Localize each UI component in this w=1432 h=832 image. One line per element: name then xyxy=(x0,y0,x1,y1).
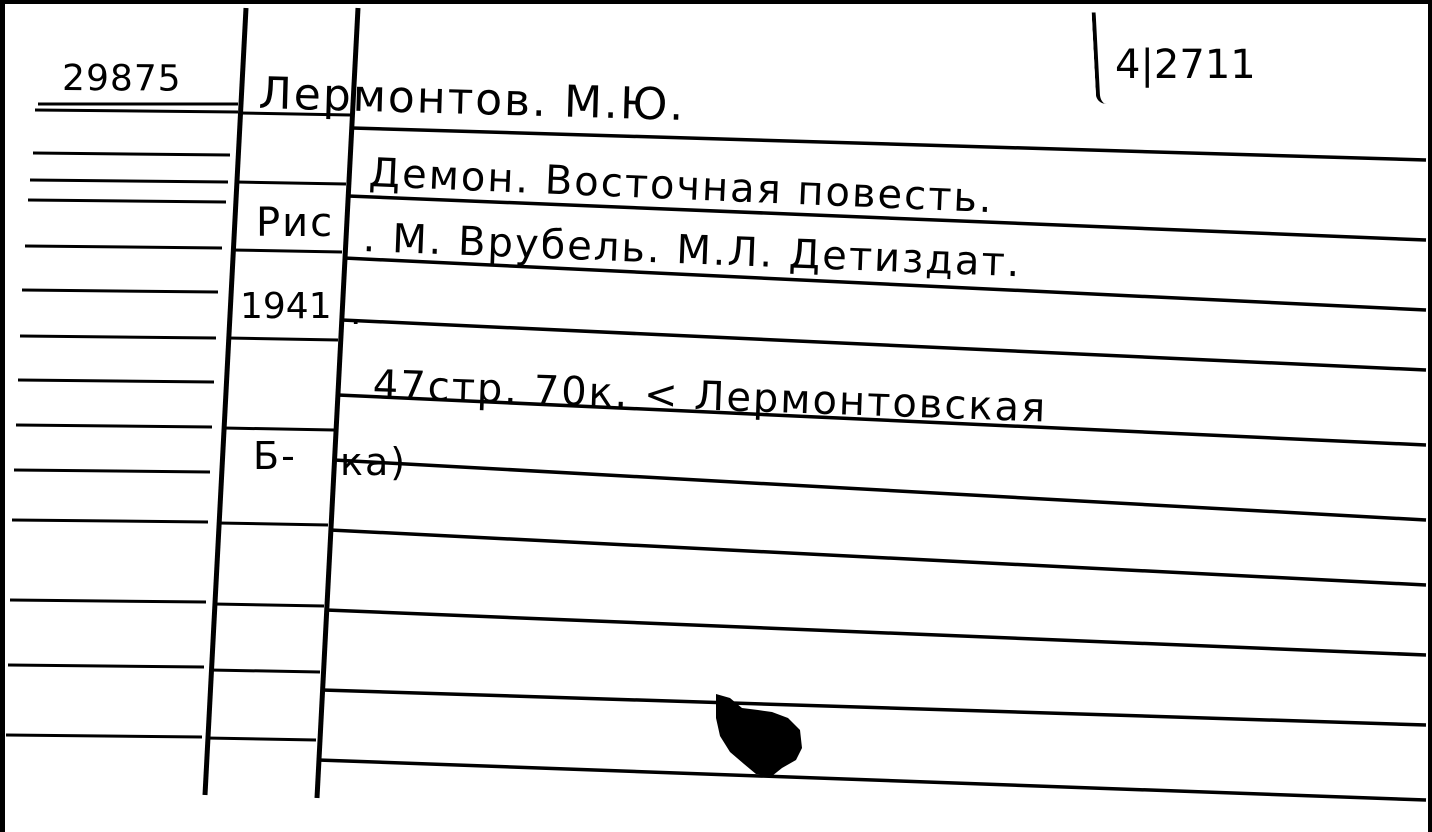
publication-year: 1941 xyxy=(240,286,332,327)
shelf-mark: 4|2711 xyxy=(1115,42,1256,88)
catalog-card: 29875 4|2711 Лермонтов. М.Ю. Демон. Вост… xyxy=(0,0,1432,832)
series-line: ка) xyxy=(340,440,407,484)
series-prefix: Б- xyxy=(253,434,297,478)
year-terminal-dot: . xyxy=(350,292,363,333)
ink-blot xyxy=(712,690,804,778)
accession-number: 29875 xyxy=(62,58,182,100)
illustrator-prefix: Рис xyxy=(256,200,334,246)
